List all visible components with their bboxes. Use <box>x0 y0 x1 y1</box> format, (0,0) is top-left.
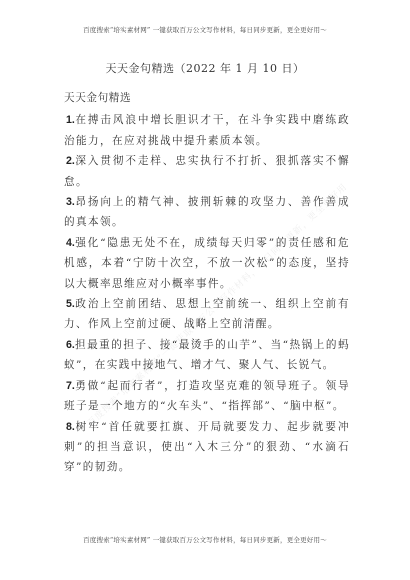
document-body: 天天金句精选 1.在搏击风浪中增长胆识才干，在斗争实践中磨练政治能力，在应对挑战… <box>64 88 350 478</box>
quote-item-8: 8.树牢“首任就要扛旗、开局就要发力、起步就要冲刺”的担当意识，使出“入木三分”… <box>64 417 350 478</box>
item-text: 昂扬向上的精气神、披荆斩棘的攻坚力、善作善成的真本领。 <box>64 196 350 228</box>
page-header-banner: 百度搜索“培实素材网” 一键获取百万公文写作材料，每日同步更新，更全更好用～ <box>0 25 410 34</box>
item-number: 1. <box>66 114 75 126</box>
item-text: 深入贯彻不走样、忠实执行不打折、狠抓落实不懈怠。 <box>64 155 350 187</box>
item-number: 5. <box>66 298 75 310</box>
quote-item-5: 5.政治上空前团结、思想上空前统一、组织上空前有力、作风上空前过硬、战略上空前清… <box>64 294 350 335</box>
item-text: 担最重的担子、接“最烫手的山芋”、当“热锅上的蚂蚁”，在实践中接地气、增才气、聚… <box>64 339 350 371</box>
section-label: 天天金句精选 <box>64 88 350 108</box>
item-text: 树牢“首任就要扛旗、开局就要发力、起步就要冲刺”的担当意识，使出“入木三分”的狠… <box>64 421 350 474</box>
quote-item-7: 7.勇做“起而行者”，打造攻坚克难的领导班子。领导班子是一个地方的“火车头”、“… <box>64 376 350 417</box>
quote-item-1: 1.在搏击风浪中增长胆识才干，在斗争实践中磨练政治能力，在应对挑战中提升素质本领… <box>64 110 350 151</box>
item-number: 3. <box>66 196 75 208</box>
item-text: 强化“隐患无处不在，成绩每天归零”的责任感和危机感，本着“宁防十次空，不放一次松… <box>64 237 350 290</box>
document-title: 天天金句精选（2022 年 1 月 10 日） <box>0 60 410 76</box>
item-text: 勇做“起而行者”，打造攻坚克难的领导班子。领导班子是一个地方的“火车头”、“指挥… <box>64 380 350 412</box>
quote-item-3: 3.昂扬向上的精气神、披荆斩棘的攻坚力、善作善成的真本领。 <box>64 192 350 233</box>
page-footer-banner: 百度搜索“培实素材网” 一键获取百万公文写作材料，每日同步更新，更全更好用～ <box>0 535 410 544</box>
quote-item-2: 2.深入贯彻不走样、忠实执行不打折、狠抓落实不懈怠。 <box>64 151 350 192</box>
item-number: 6. <box>66 339 75 351</box>
item-number: 7. <box>66 380 75 392</box>
item-text: 在搏击风浪中增长胆识才干，在斗争实践中磨练政治能力，在应对挑战中提升素质本领。 <box>64 114 350 146</box>
quote-item-4: 4.强化“隐患无处不在，成绩每天归零”的责任感和危机感，本着“宁防十次空，不放一… <box>64 233 350 294</box>
item-text: 政治上空前团结、思想上空前统一、组织上空前有力、作风上空前过硬、战略上空前清醒。 <box>64 298 350 330</box>
quote-item-6: 6.担最重的担子、接“最烫手的山芋”、当“热锅上的蚂蚁”，在实践中接地气、增才气… <box>64 335 350 376</box>
item-number: 8. <box>66 421 75 433</box>
item-number: 2. <box>66 155 75 167</box>
item-number: 4. <box>66 237 75 249</box>
